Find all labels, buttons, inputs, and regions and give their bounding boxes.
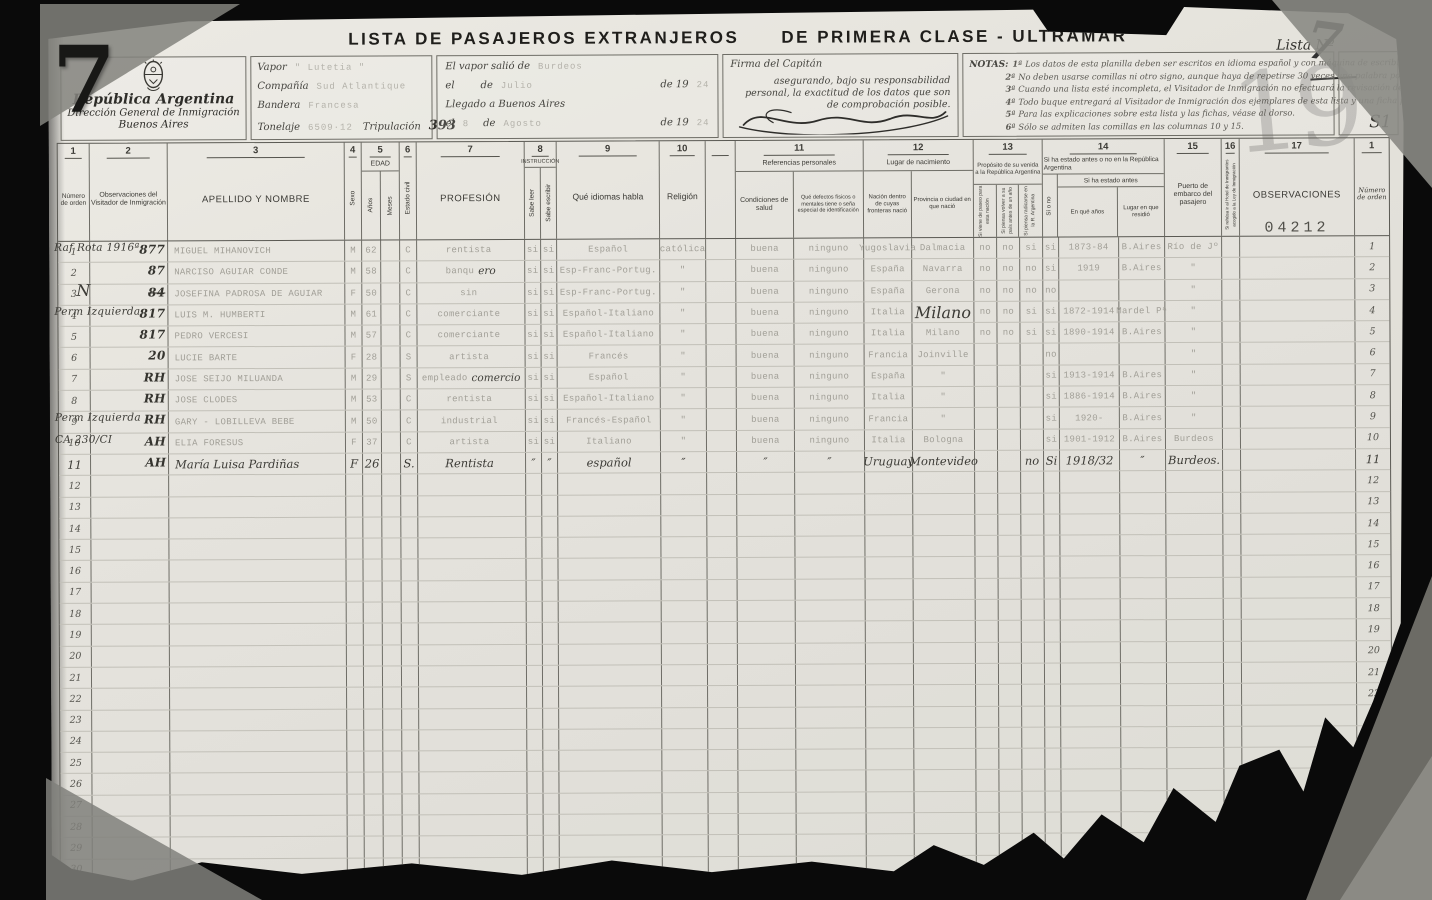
years-cell	[1061, 621, 1121, 642]
hotel-cell	[1224, 620, 1242, 640]
profession-cell	[419, 581, 527, 602]
religion-cell	[663, 835, 709, 855]
observations17-cell	[1242, 790, 1357, 811]
residence-cell: B.Aires	[1120, 365, 1166, 385]
name-cell	[170, 752, 347, 773]
age-years-cell	[365, 794, 384, 814]
civil-status-cell	[402, 581, 419, 601]
nation-cell: Francia	[865, 345, 913, 366]
purpose1-cell	[976, 664, 999, 684]
stamp-mark: RH	[144, 392, 166, 406]
province-cell	[914, 770, 976, 791]
residence-cell: Mardel Pª	[1119, 301, 1165, 321]
profession-cell	[419, 772, 527, 793]
profession-cell: rentista	[418, 389, 526, 410]
de19-label: de 19	[660, 79, 688, 90]
nota-num: 4ª	[1005, 96, 1015, 106]
religion-cell	[663, 857, 709, 877]
purpose3-cell	[1022, 600, 1045, 620]
years-cell	[1061, 748, 1121, 769]
bandera-value: Francesa	[308, 101, 359, 111]
civil-status-cell	[402, 773, 419, 793]
nation-cell: España	[865, 366, 913, 387]
hotel-cell	[1222, 237, 1240, 257]
been-before-cell	[1045, 600, 1061, 620]
purpose2-cell	[999, 642, 1022, 662]
been-before-cell	[1044, 472, 1060, 492]
been-before-cell: no	[1043, 280, 1059, 300]
passenger-table: 1Número de orden 2Observaciones del Visi…	[57, 137, 1393, 882]
port-cell: ″	[1166, 407, 1223, 428]
row-number-left: 12	[59, 476, 91, 496]
been-before-cell	[1045, 706, 1061, 726]
purpose1-cell	[976, 685, 999, 705]
writes-cell	[544, 836, 560, 856]
observations-cell	[91, 497, 169, 518]
name-cell: LUIS M. HUMBERTI	[168, 305, 345, 326]
col-num: 5	[362, 142, 399, 157]
residence-cell: B.Aires	[1120, 386, 1166, 406]
civil-status-cell: C	[400, 304, 417, 324]
edad-label: EDAD	[362, 157, 399, 171]
province-cell: Joinville	[913, 344, 975, 365]
religion-cell: ″	[661, 452, 707, 472]
nation-cell: Italia	[864, 323, 912, 344]
civil-status-cell	[403, 815, 420, 835]
province-cell	[914, 792, 976, 813]
province-cell	[914, 664, 976, 685]
sex-cell: F	[346, 347, 363, 367]
languages-cell	[558, 537, 661, 558]
sex-cell	[348, 816, 365, 836]
hotel-cell	[1224, 727, 1242, 747]
profession-typed: Rentista	[445, 456, 494, 470]
reads-cell	[526, 559, 542, 579]
health-cell	[737, 516, 795, 537]
defects-cell	[796, 622, 866, 643]
sex-cell: M	[345, 241, 362, 261]
writes-cell: si	[541, 261, 557, 281]
purpose3-cell	[1022, 770, 1045, 790]
row-number-left: 7	[59, 370, 91, 390]
civil-status-cell: C	[401, 411, 418, 431]
civil-status-cell	[403, 837, 420, 857]
purpose1-cell	[975, 387, 998, 407]
languages-cell	[560, 793, 663, 814]
port-cell	[1167, 641, 1224, 662]
years-cell: 1920-	[1060, 408, 1120, 429]
purpose2-cell	[999, 749, 1022, 769]
been-before-cell	[1044, 536, 1060, 556]
observations-cell: N84	[90, 284, 168, 305]
observations-cell: CA 230/CIAH	[91, 433, 169, 454]
sex-cell	[347, 730, 364, 750]
purpose2-cell	[998, 515, 1021, 535]
age-years-cell	[363, 496, 382, 516]
been-before-cell	[1045, 642, 1061, 662]
reads-cell	[526, 517, 542, 537]
col6-label: Estado civil	[400, 157, 416, 239]
age-years-cell: 28	[363, 347, 382, 367]
civil-status-cell	[402, 688, 419, 708]
row-number-left: 24	[60, 732, 92, 752]
health-cell	[737, 537, 795, 558]
nation-cell: Francia	[865, 409, 913, 430]
name-cell	[169, 518, 346, 539]
purpose1-cell	[977, 834, 1000, 854]
defects-cell	[796, 664, 866, 685]
purpose2-cell	[998, 451, 1021, 471]
port-cell	[1167, 705, 1224, 726]
purpose1-cell	[977, 813, 1000, 833]
writes-cell	[543, 687, 559, 707]
defects-cell: ″	[795, 451, 865, 472]
religion-cell	[661, 473, 707, 493]
reads-cell	[526, 495, 542, 515]
port-cell	[1166, 471, 1223, 492]
nation-cell: Italia	[864, 302, 912, 323]
gap-cell	[709, 835, 739, 855]
writes-cell: si	[542, 431, 558, 451]
writes-cell: si	[542, 389, 558, 409]
nota-num: 5ª	[1006, 109, 1016, 119]
provincia-label: Provincia o ciudad en que nació	[911, 171, 973, 237]
religion-cell	[662, 601, 708, 621]
health-cell: buena	[736, 324, 794, 345]
nation-cell	[865, 472, 913, 493]
row-number-right: 12	[1356, 470, 1390, 490]
nota-text: Para las explicaciones sobre esta lista …	[1018, 108, 1295, 119]
nation-cell: España	[864, 259, 912, 280]
purpose2-cell	[998, 472, 1021, 492]
port-cell: ″	[1166, 343, 1223, 364]
years-cell: 1873-84	[1059, 237, 1119, 258]
years-cell	[1061, 599, 1121, 620]
hotel-cell	[1224, 705, 1242, 725]
row-number-right: 9	[1356, 406, 1390, 426]
stamp-mark: RH	[144, 370, 166, 384]
row-number-left: 16	[59, 561, 91, 581]
health-cell	[738, 686, 796, 707]
observations-cell: RH	[91, 369, 169, 390]
purpose3-cell	[1023, 834, 1046, 854]
purpose3-cell	[1021, 536, 1044, 556]
vapor-value: " Lutetia "	[295, 63, 365, 73]
col-num: 13	[974, 140, 1042, 155]
gap-cell	[708, 601, 738, 621]
age-months-cell	[384, 837, 403, 857]
health-cell	[738, 665, 796, 686]
age-months-cell	[381, 240, 400, 260]
residence-cell	[1121, 599, 1167, 619]
observations-cell: AH	[91, 454, 169, 475]
years-cell	[1061, 791, 1121, 812]
port-cell	[1167, 684, 1224, 705]
ha-estado-label: Si ha estado antes	[1058, 174, 1164, 187]
province-cell	[914, 749, 976, 770]
sex-cell	[347, 603, 364, 623]
row-number-left: 2	[58, 263, 90, 283]
profession-cell: artista	[418, 432, 526, 453]
sex-cell	[346, 539, 363, 559]
profession-hand: comercio	[471, 372, 520, 384]
residence-cell	[1120, 557, 1166, 577]
row-number-right: 15	[1356, 534, 1390, 554]
purpose3-cell	[1021, 514, 1044, 534]
name-cell	[169, 539, 346, 560]
civil-status-cell	[401, 539, 418, 559]
nation-cell: Italia	[865, 430, 913, 451]
civil-status-cell	[403, 794, 420, 814]
years-cell	[1061, 685, 1121, 706]
nation-cell	[866, 792, 914, 813]
gap-cell	[706, 303, 736, 323]
age-years-cell: 37	[363, 432, 382, 452]
age-months-cell	[384, 794, 403, 814]
civil-status-cell: S	[401, 368, 418, 388]
writes-cell: si	[541, 304, 557, 324]
compania-value: Sud Atlantique	[317, 81, 407, 91]
name-cell	[169, 496, 346, 517]
gap-cell	[707, 452, 737, 472]
health-cell: ″	[737, 452, 795, 473]
nation-cell	[867, 856, 915, 877]
purpose2-cell	[998, 557, 1021, 577]
hotel-cell	[1223, 514, 1241, 534]
observations-cell: 817	[90, 327, 168, 348]
purpose3-cell	[1021, 344, 1044, 364]
nation-cell	[866, 728, 914, 749]
purpose2-cell	[1000, 813, 1023, 833]
defects-cell: ninguno	[794, 324, 864, 345]
table-row: 27 27	[61, 790, 1392, 817]
col2-label: Observaciones del Visitador de Inmigraci…	[90, 158, 167, 240]
row-number-left: 20	[60, 646, 92, 666]
health-cell: buena	[737, 388, 795, 409]
religion-cell	[662, 750, 708, 770]
purpose3-cell	[1022, 706, 1045, 726]
defects-cell: ninguno	[795, 409, 865, 430]
age-months-cell	[383, 730, 402, 750]
name-cell	[171, 794, 348, 815]
name-cell: MIGUEL MIHANOVICH	[168, 241, 345, 262]
years-cell	[1060, 557, 1120, 578]
civil-status-cell: C	[401, 389, 418, 409]
observations-cell	[92, 646, 170, 667]
observations-cell	[92, 710, 170, 731]
nation-cell: España	[864, 281, 912, 302]
writes-cell: si	[541, 325, 557, 345]
gap-cell	[706, 260, 736, 280]
profession-cell	[419, 623, 527, 644]
col3-label: APELLIDO Y NOMBRE	[168, 158, 344, 241]
languages-cell: Español	[558, 367, 661, 388]
age-years-cell	[364, 624, 383, 644]
gap-cell	[707, 409, 737, 429]
table-row: 29 29	[61, 832, 1392, 859]
table-row: 28 28	[61, 811, 1392, 838]
religion-cell	[663, 814, 709, 834]
hotel-cell	[1222, 279, 1240, 299]
writes-cell	[543, 730, 559, 750]
years-cell: 1886-1914	[1060, 386, 1120, 407]
purpose1-cell	[975, 515, 998, 535]
port-cell: ″	[1165, 301, 1222, 322]
purpose2-cell	[999, 685, 1022, 705]
hotel-cell	[1224, 578, 1242, 598]
gap-cell	[709, 857, 739, 877]
observations-cell: 20	[91, 348, 169, 369]
sex-cell: M	[345, 304, 362, 324]
port-cell	[1167, 727, 1224, 748]
province-cell	[913, 472, 975, 493]
profession-cell	[420, 836, 528, 857]
profession-typed: rentista	[446, 245, 492, 255]
profession-cell	[419, 645, 527, 666]
purpose1-cell	[976, 621, 999, 641]
age-years-cell	[365, 816, 384, 836]
stamp-mark: 877	[139, 242, 165, 256]
religion-cell: ″	[660, 324, 706, 344]
purpose1-cell: no	[974, 323, 997, 343]
health-cell	[737, 558, 795, 579]
religion-cell	[662, 622, 708, 642]
years-cell	[1060, 344, 1120, 365]
document-paper: 19 LISTA DE PASAJEROS EXTRANJEROSDE PRIM…	[48, 3, 1407, 895]
observations17-cell	[1241, 492, 1356, 513]
sex-cell	[347, 752, 364, 772]
reads-cell	[528, 815, 544, 835]
nacion-label: Nación dentro de cuyas fronteras nació	[864, 171, 911, 237]
name-cell	[170, 581, 347, 602]
row-number-left: 21	[60, 668, 92, 688]
voyage-box: El vapor salió deBurdeos eldeJuliode 192…	[436, 54, 718, 139]
port-cell: Río de Jº	[1165, 237, 1222, 258]
age-years-cell: 62	[362, 241, 381, 261]
residence-cell: B.Aires	[1120, 407, 1166, 427]
observations17-cell	[1242, 577, 1357, 598]
defects-cell	[795, 558, 865, 579]
purpose1-cell	[975, 493, 998, 513]
civil-status-cell: C	[400, 283, 417, 303]
residence-cell: B.Aires	[1119, 258, 1165, 278]
sex-cell	[346, 475, 363, 495]
residence-cell	[1120, 344, 1166, 364]
province-cell	[913, 493, 975, 514]
writes-cell	[544, 857, 560, 877]
stamp-mark: 84	[148, 285, 165, 299]
age-months-cell	[383, 773, 402, 793]
hotel-cell	[1225, 812, 1243, 832]
religion-cell	[662, 580, 708, 600]
been-before-cell	[1045, 770, 1061, 790]
de19-label2: de 19	[661, 117, 689, 128]
writes-cell	[543, 708, 559, 728]
profession-cell	[419, 602, 527, 623]
religion-cell: católica	[660, 239, 706, 259]
sex-cell	[347, 667, 364, 687]
nation-cell	[866, 685, 914, 706]
age-years-cell: 61	[362, 304, 381, 324]
province-cell	[913, 557, 975, 578]
health-cell	[738, 729, 796, 750]
purpose1-cell	[976, 792, 999, 812]
profession-cell	[418, 559, 526, 580]
observations-cell: Perm Izquierda817	[90, 305, 168, 326]
name-cell	[170, 645, 347, 666]
nota-num: 2ª	[1005, 71, 1015, 81]
col-num: 7	[417, 142, 524, 157]
hotel-cell	[1223, 386, 1241, 406]
col9-label: Qué idiomas habla	[557, 156, 659, 238]
purpose1-cell	[976, 749, 999, 769]
name-cell	[171, 816, 348, 837]
writes-cell	[543, 772, 559, 792]
gap-cell	[706, 282, 736, 302]
age-years-cell	[364, 645, 383, 665]
hotel-cell	[1222, 301, 1240, 321]
name-cell	[170, 667, 347, 688]
purpose2-cell	[999, 770, 1022, 790]
row-number-right: 7	[1356, 364, 1390, 384]
residence-cell	[1121, 791, 1167, 811]
purpose2-cell	[1000, 855, 1023, 875]
row-number-right: 2	[1355, 257, 1389, 277]
hotel-cell	[1222, 322, 1240, 342]
sex-cell	[348, 794, 365, 814]
purpose3-cell	[1022, 791, 1045, 811]
sabe-leer-label: Sabe leer	[525, 168, 540, 239]
port-cell: ″	[1165, 258, 1222, 279]
hotel-cell	[1222, 258, 1240, 278]
sex-cell	[346, 517, 363, 537]
years-cell	[1062, 855, 1122, 876]
years-cell: 1913-1914	[1060, 365, 1120, 386]
defects-cell	[797, 835, 867, 856]
name-cell: GARY - LOBILLEVA BEBE	[169, 411, 346, 432]
row-number-right: 19	[1357, 619, 1391, 639]
civil-status-cell: S.	[401, 453, 418, 473]
profession-cell: empleadocomercio	[418, 368, 526, 389]
captain-signature	[733, 100, 951, 135]
health-cell: buena	[736, 303, 794, 324]
purpose1-cell	[977, 855, 1000, 875]
purpose2-cell	[999, 578, 1022, 598]
purpose1-cell: no	[974, 302, 997, 322]
years-cell	[1061, 727, 1121, 748]
observations-cell	[91, 476, 169, 497]
profession-cell	[419, 666, 527, 687]
nation-cell	[866, 664, 914, 685]
age-years-cell: 50	[363, 411, 382, 431]
hotel-cell	[1223, 535, 1241, 555]
years-cell	[1059, 280, 1119, 301]
age-years-cell: 57	[362, 326, 381, 346]
row-number-left: 3	[58, 284, 90, 304]
age-months-cell	[381, 326, 400, 346]
years-cell: 1901-1912	[1060, 429, 1120, 450]
purpose2-cell	[998, 387, 1021, 407]
port-cell: Burdeos	[1166, 429, 1223, 450]
languages-cell	[559, 665, 662, 686]
years-cell: 1919	[1059, 259, 1119, 280]
col-num: 6	[400, 142, 416, 157]
age-months-cell	[383, 666, 402, 686]
sex-cell	[347, 709, 364, 729]
province-cell: ″	[913, 366, 975, 387]
purpose2-cell	[998, 429, 1021, 449]
notas-box: NOTAS:1ªLos datos de esta planilla deben…	[962, 51, 1334, 137]
